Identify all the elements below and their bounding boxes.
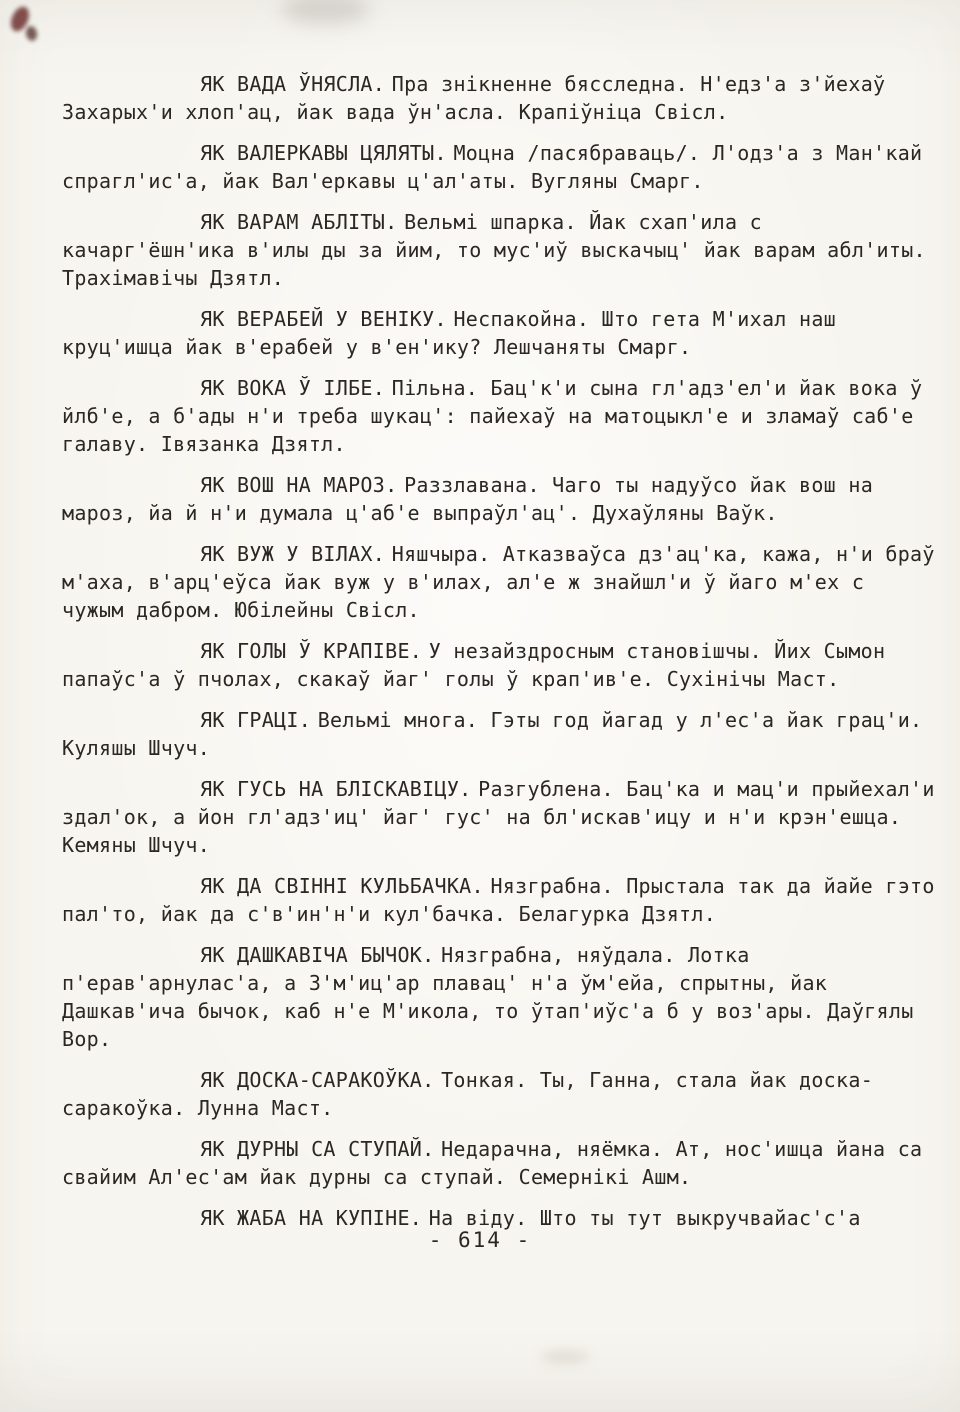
dictionary-entry: ЯК ВЕРАБЕЙ У ВЕНІКУ.Неспакойна. Што гета…: [62, 305, 938, 361]
dictionary-entry: ЯК ДА СВІННІ КУЛЬБАЧКА.Нязграбна. Прыста…: [62, 872, 938, 928]
entry-headword: ЯК ЖАБА НА КУПІНЕ.: [200, 1206, 422, 1230]
dictionary-entry: ЯК ВАЛЕРКАВЫ ЦЯЛЯТЫ.Моцна /пасябраваць/.…: [62, 139, 938, 195]
dictionary-entry: ЯК ВАДА ЎНЯСЛА.Пра знікненне бясследна. …: [62, 70, 938, 126]
entry-body: Пра знікненне бясследна. Н'едз'а з'йехаў…: [62, 72, 885, 124]
dictionary-entry: ЯК ДОСКА-САРАКОЎКА.Тонкая. Ты, Ганна, ст…: [62, 1066, 938, 1122]
entry-body: Пільна. Бац'к'и сына гл'адз'ел'и йак вок…: [62, 376, 922, 456]
entry-headword: ЯК ВАДА ЎНЯСЛА.: [200, 72, 385, 96]
entry-headword: ЯК ВОШ НА МАРОЗ.: [200, 473, 397, 497]
entry-body: Нязграбна. Прыстала так да йайе гэто пал…: [62, 874, 935, 926]
entry-body: На віду. Што ты тут выкручвайас'с'а: [429, 1206, 861, 1230]
entry-headword: ЯК ДА СВІННІ КУЛЬБАЧКА.: [200, 874, 484, 898]
dictionary-entry: ЯК ВОШ НА МАРОЗ.Раззлавана. Чаго ты наду…: [62, 471, 938, 527]
entry-headword: ЯК ВОКА Ў ІЛБЕ.: [200, 376, 385, 400]
entry-body: Няшчыра. Атказваўса дз'ац'ка, кажа, н'и …: [62, 542, 935, 622]
dictionary-entry: ЯК ГУСЬ НА БЛІСКАВІЦУ.Разгублена. Бац'ка…: [62, 775, 938, 859]
entry-headword: ЯК ВЕРАБЕЙ У ВЕНІКУ.: [200, 307, 447, 331]
entry-body: У незайздросным становішчы. Йих Сымон па…: [62, 639, 885, 691]
entry-body: Раззлавана. Чаго ты надуўсо йак вош на м…: [62, 473, 873, 525]
entry-body: Вельмі многа. Гэты год йагад у л'ес'а йа…: [62, 708, 922, 760]
entry-headword: ЯК ДОСКА-САРАКОЎКА.: [200, 1068, 434, 1092]
ink-smudge: [7, 4, 32, 34]
entry-headword: ЯК ДАШКАВІЧА БЫЧОК.: [200, 943, 434, 967]
entry-body: Моцна /пасябраваць/. Л'одз'а з Ман'кай с…: [62, 141, 922, 193]
scan-smudge: [280, 0, 370, 24]
entry-body: Тонкая. Ты, Ганна, стала йак доска-сарак…: [62, 1068, 873, 1120]
dictionary-entry: ЯК ГОЛЫ Ў КРАПІВЕ.У незайздросным станов…: [62, 637, 938, 693]
entry-body: Вельмі шпарка. Йак схап'ила с качарг'ёшн…: [62, 210, 926, 290]
scan-smudge: [540, 1352, 590, 1362]
page-number: - 614 -: [0, 1228, 960, 1252]
dictionary-entries: ЯК ВАДА ЎНЯСЛА.Пра знікненне бясследна. …: [62, 70, 938, 1245]
entry-body: Недарачна, няёмка. Ат, нос'ишца йана са …: [62, 1137, 922, 1189]
entry-headword: ЯК ГУСЬ НА БЛІСКАВІЦУ.: [200, 777, 472, 801]
entry-body: Нязграбна, няўдала. Лотка п'ерав'арнулас…: [62, 943, 914, 1051]
dictionary-entry: ЯК ГРАЦІ.Вельмі многа. Гэты год йагад у …: [62, 706, 938, 762]
dictionary-entry: ЯК ДУРНЫ СА СТУПАЙ.Недарачна, няёмка. Ат…: [62, 1135, 938, 1191]
dictionary-entry: ЯК ВУЖ У ВІЛАХ.Няшчыра. Атказваўса дз'ац…: [62, 540, 938, 624]
entry-headword: ЯК ВУЖ У ВІЛАХ.: [200, 542, 385, 566]
dictionary-entry: ЯК ВАРАМ АБЛІТЫ.Вельмі шпарка. Йак схап'…: [62, 208, 938, 292]
entry-headword: ЯК ДУРНЫ СА СТУПАЙ.: [200, 1137, 434, 1161]
entry-headword: ЯК ВАЛЕРКАВЫ ЦЯЛЯТЫ.: [200, 141, 447, 165]
dictionary-entry: ЯК ДАШКАВІЧА БЫЧОК.Нязграбна, няўдала. Л…: [62, 941, 938, 1053]
entry-headword: ЯК ГОЛЫ Ў КРАПІВЕ.: [200, 639, 422, 663]
ink-smudge: [25, 25, 39, 42]
dictionary-entry: ЯК ВОКА Ў ІЛБЕ.Пільна. Бац'к'и сына гл'а…: [62, 374, 938, 458]
document-page: ЯК ВАДА ЎНЯСЛА.Пра знікненне бясследна. …: [0, 0, 960, 1412]
entry-headword: ЯК ВАРАМ АБЛІТЫ.: [200, 210, 397, 234]
entry-headword: ЯК ГРАЦІ.: [200, 708, 311, 732]
entry-body: Разгублена. Бац'ка и мац'и прыйехал'и зд…: [62, 777, 935, 857]
entry-body: Неспакойна. Што гета М'ихал наш круц'ишц…: [62, 307, 836, 359]
